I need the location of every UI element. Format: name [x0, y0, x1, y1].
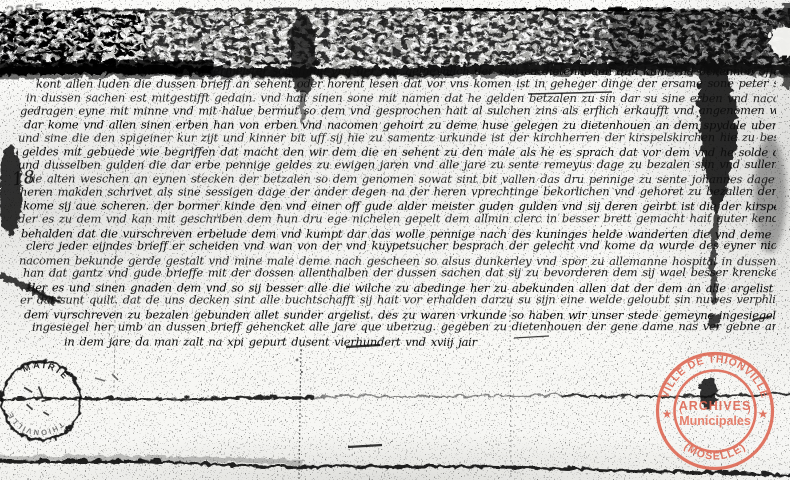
horizontal-creases [0, 392, 790, 474]
photo-top-edge-line [26, 8, 789, 11]
mairie-stamp: MAIRIE THIONVILLE [0, 352, 87, 446]
stamp-ring-bottom-text: (MOSELLE) [682, 441, 749, 463]
dark-fold-band [0, 64, 790, 75]
stamp-star-right-icon: ★ [758, 407, 769, 421]
scanned-charter-page: 2595 Wir due burgermeister scheffene vnd… [0, 0, 790, 480]
stamp-star-left-icon: ★ [662, 407, 673, 421]
archives-municipales-stamp: VILLE DE THIONVILLE (MOSELLE) ★ ★ ARCHIV… [658, 353, 773, 468]
mairie-stamp-inner-marks [19, 384, 54, 416]
svg-text:(MOSELLE): (MOSELLE) [682, 441, 749, 463]
stamp-center-line2: Municipales [679, 414, 751, 428]
manuscript-underlines [514, 92, 612, 338]
vertical-creases [114, 250, 511, 479]
stamp-center-line1: ARCHIVES [679, 399, 752, 413]
ink-marks-layer: MAIRIE THIONVILLE VILLE DE THIONVILLE (M… [0, 0, 790, 480]
